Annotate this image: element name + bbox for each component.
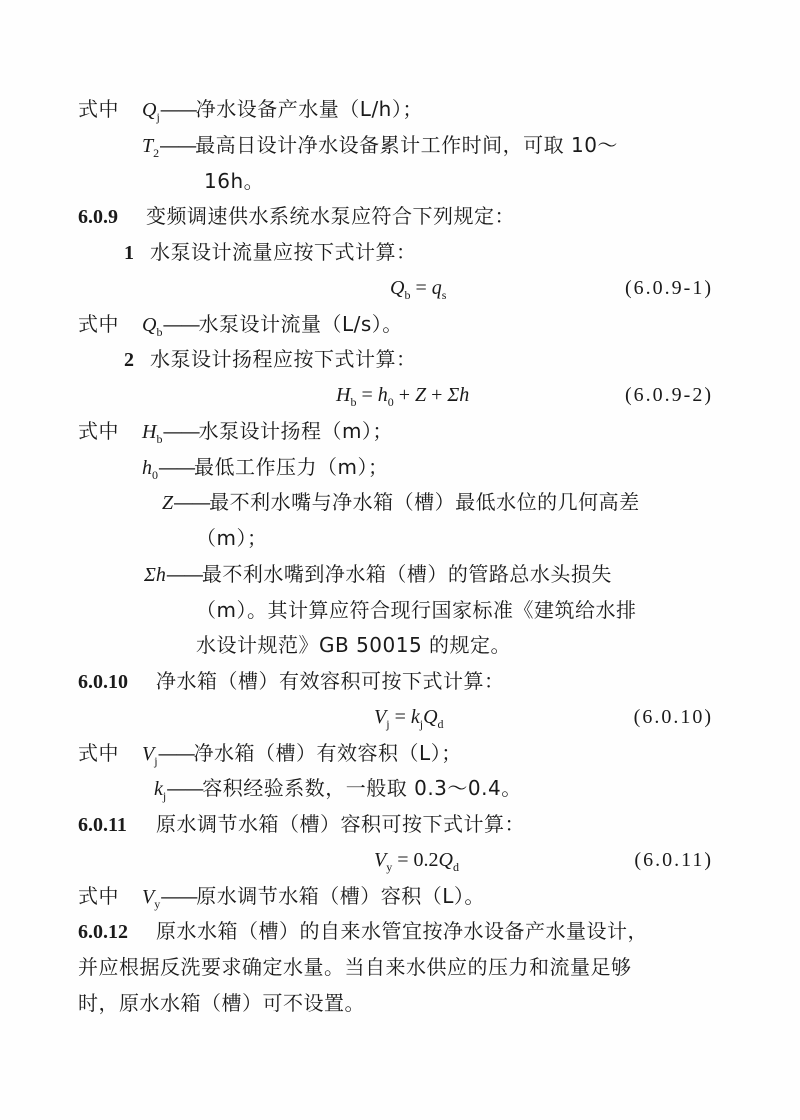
symbol: Qb <box>142 314 162 336</box>
dash: —— <box>160 884 196 908</box>
item-text: 水泵设计扬程应按下式计算： <box>150 347 417 371</box>
where-label: 式中 <box>78 736 142 772</box>
where-label: 式中 <box>78 307 142 343</box>
section-heading-6-0-11: 6.0.11原水调节水箱（槽）容积可按下式计算： <box>78 807 723 843</box>
symbol: Σh <box>144 564 166 586</box>
equation-number: (6.0.9-2) <box>625 378 713 414</box>
paragraph-continuation: 并应根据反洗要求确定水量。当自来水供应的压力和流量足够 <box>78 950 723 986</box>
dash: —— <box>166 562 202 586</box>
list-item: 2水泵设计扬程应按下式计算： <box>78 342 723 378</box>
dash: —— <box>166 776 202 800</box>
definition-text: 净水设备产水量（L/h）； <box>196 97 423 121</box>
definition-line: 式中Qb——水泵设计流量（L/s）。 <box>78 307 723 343</box>
definition-text: 容积经验系数，一般取 0.3～0.4。 <box>202 776 521 800</box>
document-page: 式中Qj——净水设备产水量（L/h）； T2——最高日设计净水设备累计工作时间，… <box>78 92 723 1022</box>
section-number: 6.0.11 <box>78 808 156 844</box>
definition-line: 式中Qj——净水设备产水量（L/h）； <box>78 92 723 128</box>
where-label: 式中 <box>78 414 142 450</box>
definition-line: Σh——最不利水嘴到净水箱（槽）的管路总水头损失 <box>78 557 723 593</box>
definition-line: kj——容积经验系数，一般取 0.3～0.4。 <box>78 771 723 807</box>
definition-line: 式中Hb——水泵设计扬程（m）； <box>78 414 723 450</box>
definition-continuation: 16h。 <box>78 164 723 200</box>
definition-text: 水泵设计扬程（m）； <box>198 419 392 443</box>
dash: —— <box>159 133 195 157</box>
dash: —— <box>158 741 194 765</box>
where-label: 式中 <box>78 879 142 915</box>
dash: —— <box>162 312 198 336</box>
definition-text: （m）。其计算应符合现行国家标准《建筑给水排 <box>196 598 636 622</box>
dash: —— <box>173 490 209 514</box>
item-text: 水泵设计流量应按下式计算： <box>150 240 417 264</box>
symbol: Z <box>162 492 173 514</box>
section-text: 原水调节水箱（槽）容积可按下式计算： <box>156 812 525 836</box>
symbol: T2 <box>142 135 159 157</box>
item-number: 1 <box>124 236 150 272</box>
equation-number: (6.0.11) <box>634 843 713 879</box>
symbol: Vy <box>142 886 160 908</box>
definition-continuation: 水设计规范》GB 50015 的规定。 <box>78 628 723 664</box>
section-heading-6-0-9: 6.0.9变频调速供水系统水泵应符合下列规定： <box>78 199 723 235</box>
definition-text: 最低工作压力（m）； <box>194 455 388 479</box>
dash: —— <box>162 419 198 443</box>
section-number: 6.0.9 <box>78 200 146 236</box>
symbol: Vj <box>142 743 158 765</box>
definition-line: T2——最高日设计净水设备累计工作时间，可取 10～ <box>78 128 723 164</box>
where-label: 式中 <box>78 92 142 128</box>
equation-number: (6.0.9-1) <box>625 271 713 307</box>
paragraph-text: 时，原水水箱（槽）可不设置。 <box>78 991 365 1015</box>
section-number: 6.0.12 <box>78 915 156 951</box>
formula-line: Vj = kjQd (6.0.10) <box>78 700 723 736</box>
paragraph-text: 并应根据反洗要求确定水量。当自来水供应的压力和流量足够 <box>78 955 632 979</box>
section-heading-6-0-12: 6.0.12原水水箱（槽）的自来水管宜按净水设备产水量设计， <box>78 914 723 950</box>
definition-continuation: （m）； <box>78 521 723 557</box>
definition-text: 最不利水嘴到净水箱（槽）的管路总水头损失 <box>202 562 612 586</box>
definition-text: 16h。 <box>204 169 264 193</box>
dash: —— <box>160 97 196 121</box>
formula-line: Vy = 0.2Qd (6.0.11) <box>78 843 723 879</box>
section-number: 6.0.10 <box>78 665 156 701</box>
definition-line: 式中Vj——净水箱（槽）有效容积（L）； <box>78 736 723 772</box>
definition-text: 水泵设计流量（L/s）。 <box>198 312 402 336</box>
definition-line: Z——最不利水嘴与净水箱（槽）最低水位的几何高差 <box>78 485 723 521</box>
definition-text: 原水调节水箱（槽）容积（L）。 <box>196 884 485 908</box>
definition-line: h0——最低工作压力（m）； <box>78 450 723 486</box>
symbol: kj <box>154 778 166 800</box>
symbol: Qj <box>142 99 160 121</box>
definition-continuation: （m）。其计算应符合现行国家标准《建筑给水排 <box>78 593 723 629</box>
item-number: 2 <box>124 343 150 379</box>
definition-text: 净水箱（槽）有效容积（L）； <box>194 741 462 765</box>
section-text: 净水箱（槽）有效容积可按下式计算： <box>156 669 505 693</box>
formula-line: Qb = qs (6.0.9-1) <box>78 271 723 307</box>
formula-line: Hb = h0 + Z + Σh (6.0.9-2) <box>78 378 723 414</box>
symbol: Hb <box>142 421 162 443</box>
section-heading-6-0-10: 6.0.10净水箱（槽）有效容积可按下式计算： <box>78 664 723 700</box>
definition-text: 最高日设计净水设备累计工作时间，可取 10～ <box>195 133 618 157</box>
definition-text: 最不利水嘴与净水箱（槽）最低水位的几何高差 <box>209 490 640 514</box>
list-item: 1水泵设计流量应按下式计算： <box>78 235 723 271</box>
paragraph-continuation: 时，原水水箱（槽）可不设置。 <box>78 986 723 1022</box>
section-text: 变频调速供水系统水泵应符合下列规定： <box>146 204 515 228</box>
definition-text: 水设计规范》GB 50015 的规定。 <box>196 633 511 657</box>
equation-number: (6.0.10) <box>634 700 713 736</box>
definition-text: （m）； <box>196 526 267 550</box>
symbol: h0 <box>142 457 158 479</box>
dash: —— <box>158 455 194 479</box>
section-text: 原水水箱（槽）的自来水管宜按净水设备产水量设计， <box>156 919 648 943</box>
definition-line: 式中Vy——原水调节水箱（槽）容积（L）。 <box>78 879 723 915</box>
